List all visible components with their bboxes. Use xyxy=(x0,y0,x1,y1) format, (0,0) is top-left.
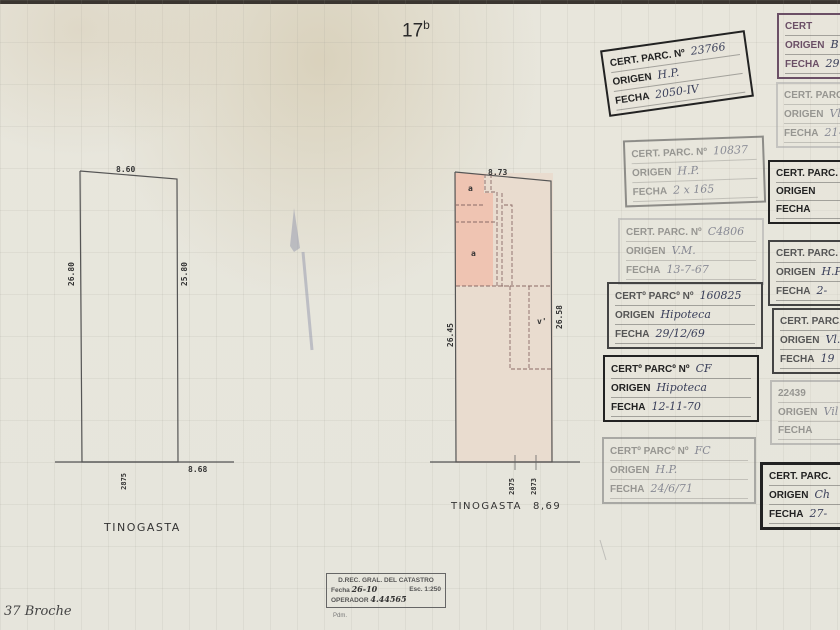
stamp-label: CERT. PARC. Nº xyxy=(626,224,702,241)
stamp-label: ORIGEN xyxy=(626,243,665,260)
stamp-label: CERT. PARC. xyxy=(784,87,840,104)
stamp-value: Vl. xyxy=(829,105,840,122)
cert-stamp-4: CERTº PARCº Nº160825 ORIGENHipoteca FECH… xyxy=(607,282,763,349)
catastro-fecha-value: 26-10 xyxy=(352,584,378,594)
stamp-label: 22439 xyxy=(778,385,806,402)
stamp-value: 27- xyxy=(809,505,827,522)
stamp-value: 2 x 165 xyxy=(673,180,715,198)
stamp-label: FECHA xyxy=(610,481,644,498)
stamp-label: CERT. PARC. Nº xyxy=(631,144,707,164)
stamp-label: ORIGEN xyxy=(776,183,815,200)
left-plot-street: TINOGASTA xyxy=(104,521,181,534)
stamp-label: ORIGEN xyxy=(610,462,649,479)
stamp-label: FECHA xyxy=(614,88,650,110)
stamp-label: CERT. PARC. xyxy=(780,313,840,330)
stamp-value: C4806 xyxy=(708,223,744,240)
stamp-value: 24/6/71 xyxy=(650,480,692,497)
stamp-value: 2- xyxy=(816,282,827,299)
stamp-label: FECHA xyxy=(778,422,812,439)
right-plot-street-width: 8,69 xyxy=(533,501,561,512)
stamp-label: FECHA xyxy=(626,262,660,279)
stamp-label: FECHA xyxy=(780,351,814,368)
left-plot-left-side: 26.80 xyxy=(67,262,76,286)
catastro-scale: Esc. 1:250 xyxy=(409,585,441,595)
stamp-value: 19 xyxy=(820,350,834,367)
stamp-value: 12-11-70 xyxy=(651,398,700,415)
area-label-1: a xyxy=(468,184,473,193)
left-plot-front: 8.60 xyxy=(116,165,135,174)
cert-stamp-2: CERT. PARC. Nº10837 ORIGENH.P. FECHA2 x … xyxy=(623,136,766,208)
stamp-label: ORIGEN xyxy=(769,487,808,504)
signature-name: Broche xyxy=(25,604,72,619)
stamp-value: H.P. xyxy=(656,64,680,84)
left-plot-bottom-ref: 2875 xyxy=(120,473,128,490)
cadastral-sheet: 17b xyxy=(0,0,840,630)
stamp-value: Hipoteca xyxy=(656,379,706,396)
stamp-value: Ch xyxy=(814,486,830,503)
cert-stamp-8: CERT. PARC. ORIGENVl. FECHA21- xyxy=(776,82,840,148)
stamp-label: ORIGEN xyxy=(615,307,654,324)
cert-stamp-5: CERTº PARCº NºCF ORIGENHipoteca FECHA12-… xyxy=(603,355,759,422)
stamp-value: 21- xyxy=(824,124,840,141)
signature-prefix: 37 xyxy=(4,604,21,619)
stamp-value: 13-7-67 xyxy=(666,261,708,278)
stamp-label: ORIGEN xyxy=(778,404,817,421)
stamp-label: CERTº PARCº Nº xyxy=(611,361,690,378)
cert-stamp-6: CERTº PARCº NºFC ORIGENH.P. FECHA24/6/71 xyxy=(602,437,756,504)
stamp-value: 29/12/69 xyxy=(655,325,704,342)
stamp-label: FECHA xyxy=(784,125,818,142)
stamp-label: CERT. PARC. xyxy=(769,468,831,485)
area-label-3: v' xyxy=(537,317,547,326)
catastro-operador-label: OPERADOR xyxy=(331,597,369,604)
stamp-value: B xyxy=(830,36,838,53)
cert-stamp-3: CERT. PARC. NºC4806 ORIGENV.M. FECHA13-7… xyxy=(618,218,764,285)
area-label-2: a xyxy=(471,249,476,258)
stamp-value: 23766 xyxy=(690,38,727,60)
stamp-label: CERTº PARCº Nº xyxy=(610,443,689,460)
catastro-stamp: D.REC. GRAL. DEL CATASTRO Fecha 26-10 Es… xyxy=(326,573,446,608)
stamp-label: FECHA xyxy=(776,201,810,218)
stamp-label: ORIGEN xyxy=(611,380,650,397)
stamp-label: ORIGEN xyxy=(780,332,819,349)
stamp-value: 29- xyxy=(825,55,840,72)
stamp-value: 10837 xyxy=(713,141,749,159)
cert-stamp-10: CERT. PARC. ORIGENH.P. FECHA2- xyxy=(768,240,840,306)
catastro-fecha-label: Fecha xyxy=(331,587,350,594)
cert-stamp-12: 22439 ORIGENVil FECHA xyxy=(770,380,840,445)
stamp-value: 160825 xyxy=(700,287,742,304)
catastro-operador-row: OPERADOR 4.44565 xyxy=(331,595,441,605)
stamp-label: ORIGEN xyxy=(632,164,672,182)
stamp-value: V.M. xyxy=(671,242,695,259)
cert-stamp-11: CERT. PARC. ORIGENVl. FECHA19 xyxy=(772,308,840,374)
right-plot-street: TINOGASTA xyxy=(451,501,522,512)
stamp-value: H.P. xyxy=(821,263,840,280)
stamp-value: H.P. xyxy=(655,461,677,478)
stamp-label: FECHA xyxy=(769,506,803,523)
stamp-value: Hipoteca xyxy=(660,306,710,323)
cert-stamp-13: CERT. PARC. ORIGENCh FECHA27- xyxy=(760,462,840,530)
stamp-label: FECHA xyxy=(776,283,810,300)
stamp-label: ORIGEN xyxy=(776,264,815,281)
cert-stamp-7: CERT ORIGENB FECHA29- xyxy=(777,13,840,79)
left-plot-outline xyxy=(55,171,234,462)
stamp-value: Vl. xyxy=(825,331,840,348)
stamp-label: CERT. PARC. xyxy=(776,165,838,182)
stamp-label: FECHA xyxy=(611,399,645,416)
left-plot-bottom-right: 8.68 xyxy=(188,465,207,474)
stamp-label: ORIGEN xyxy=(784,106,823,123)
stamp-value: H.P. xyxy=(677,162,699,180)
stamp-value: CF xyxy=(696,360,712,377)
left-plot-right-side: 25.80 xyxy=(180,262,189,286)
stamp-label: CERT. PARC. xyxy=(776,245,838,262)
right-plot-bottom-ref-1: 2875 xyxy=(508,478,516,495)
right-plot-left-side: 26.45 xyxy=(446,323,455,347)
stamp-label: FECHA xyxy=(615,326,649,343)
north-arrow-icon xyxy=(290,208,312,350)
stamp-label: FECHA xyxy=(785,56,819,73)
stamp-label: CERTº PARCº Nº xyxy=(615,288,694,305)
cert-stamp-9: CERT. PARC. ORIGEN FECHA xyxy=(768,160,840,224)
stamp-label: CERT xyxy=(785,18,812,35)
stamp-value: FC xyxy=(695,442,711,459)
right-plot-right-side: 26.58 xyxy=(555,305,564,329)
catastro-footer: Pdm. xyxy=(333,613,347,619)
stamp-label: FECHA xyxy=(632,183,667,201)
stamp-value: Vil xyxy=(823,403,838,420)
catastro-operador-value: 4.44565 xyxy=(370,594,406,604)
stamp-label: ORIGEN xyxy=(785,37,824,54)
catastro-title: D.REC. GRAL. DEL CATASTRO xyxy=(331,576,441,585)
right-plot-front: 8.73 xyxy=(488,168,507,177)
signature: 37 Broche xyxy=(4,604,72,619)
right-plot-bottom-ref-2: 2873 xyxy=(530,478,538,495)
